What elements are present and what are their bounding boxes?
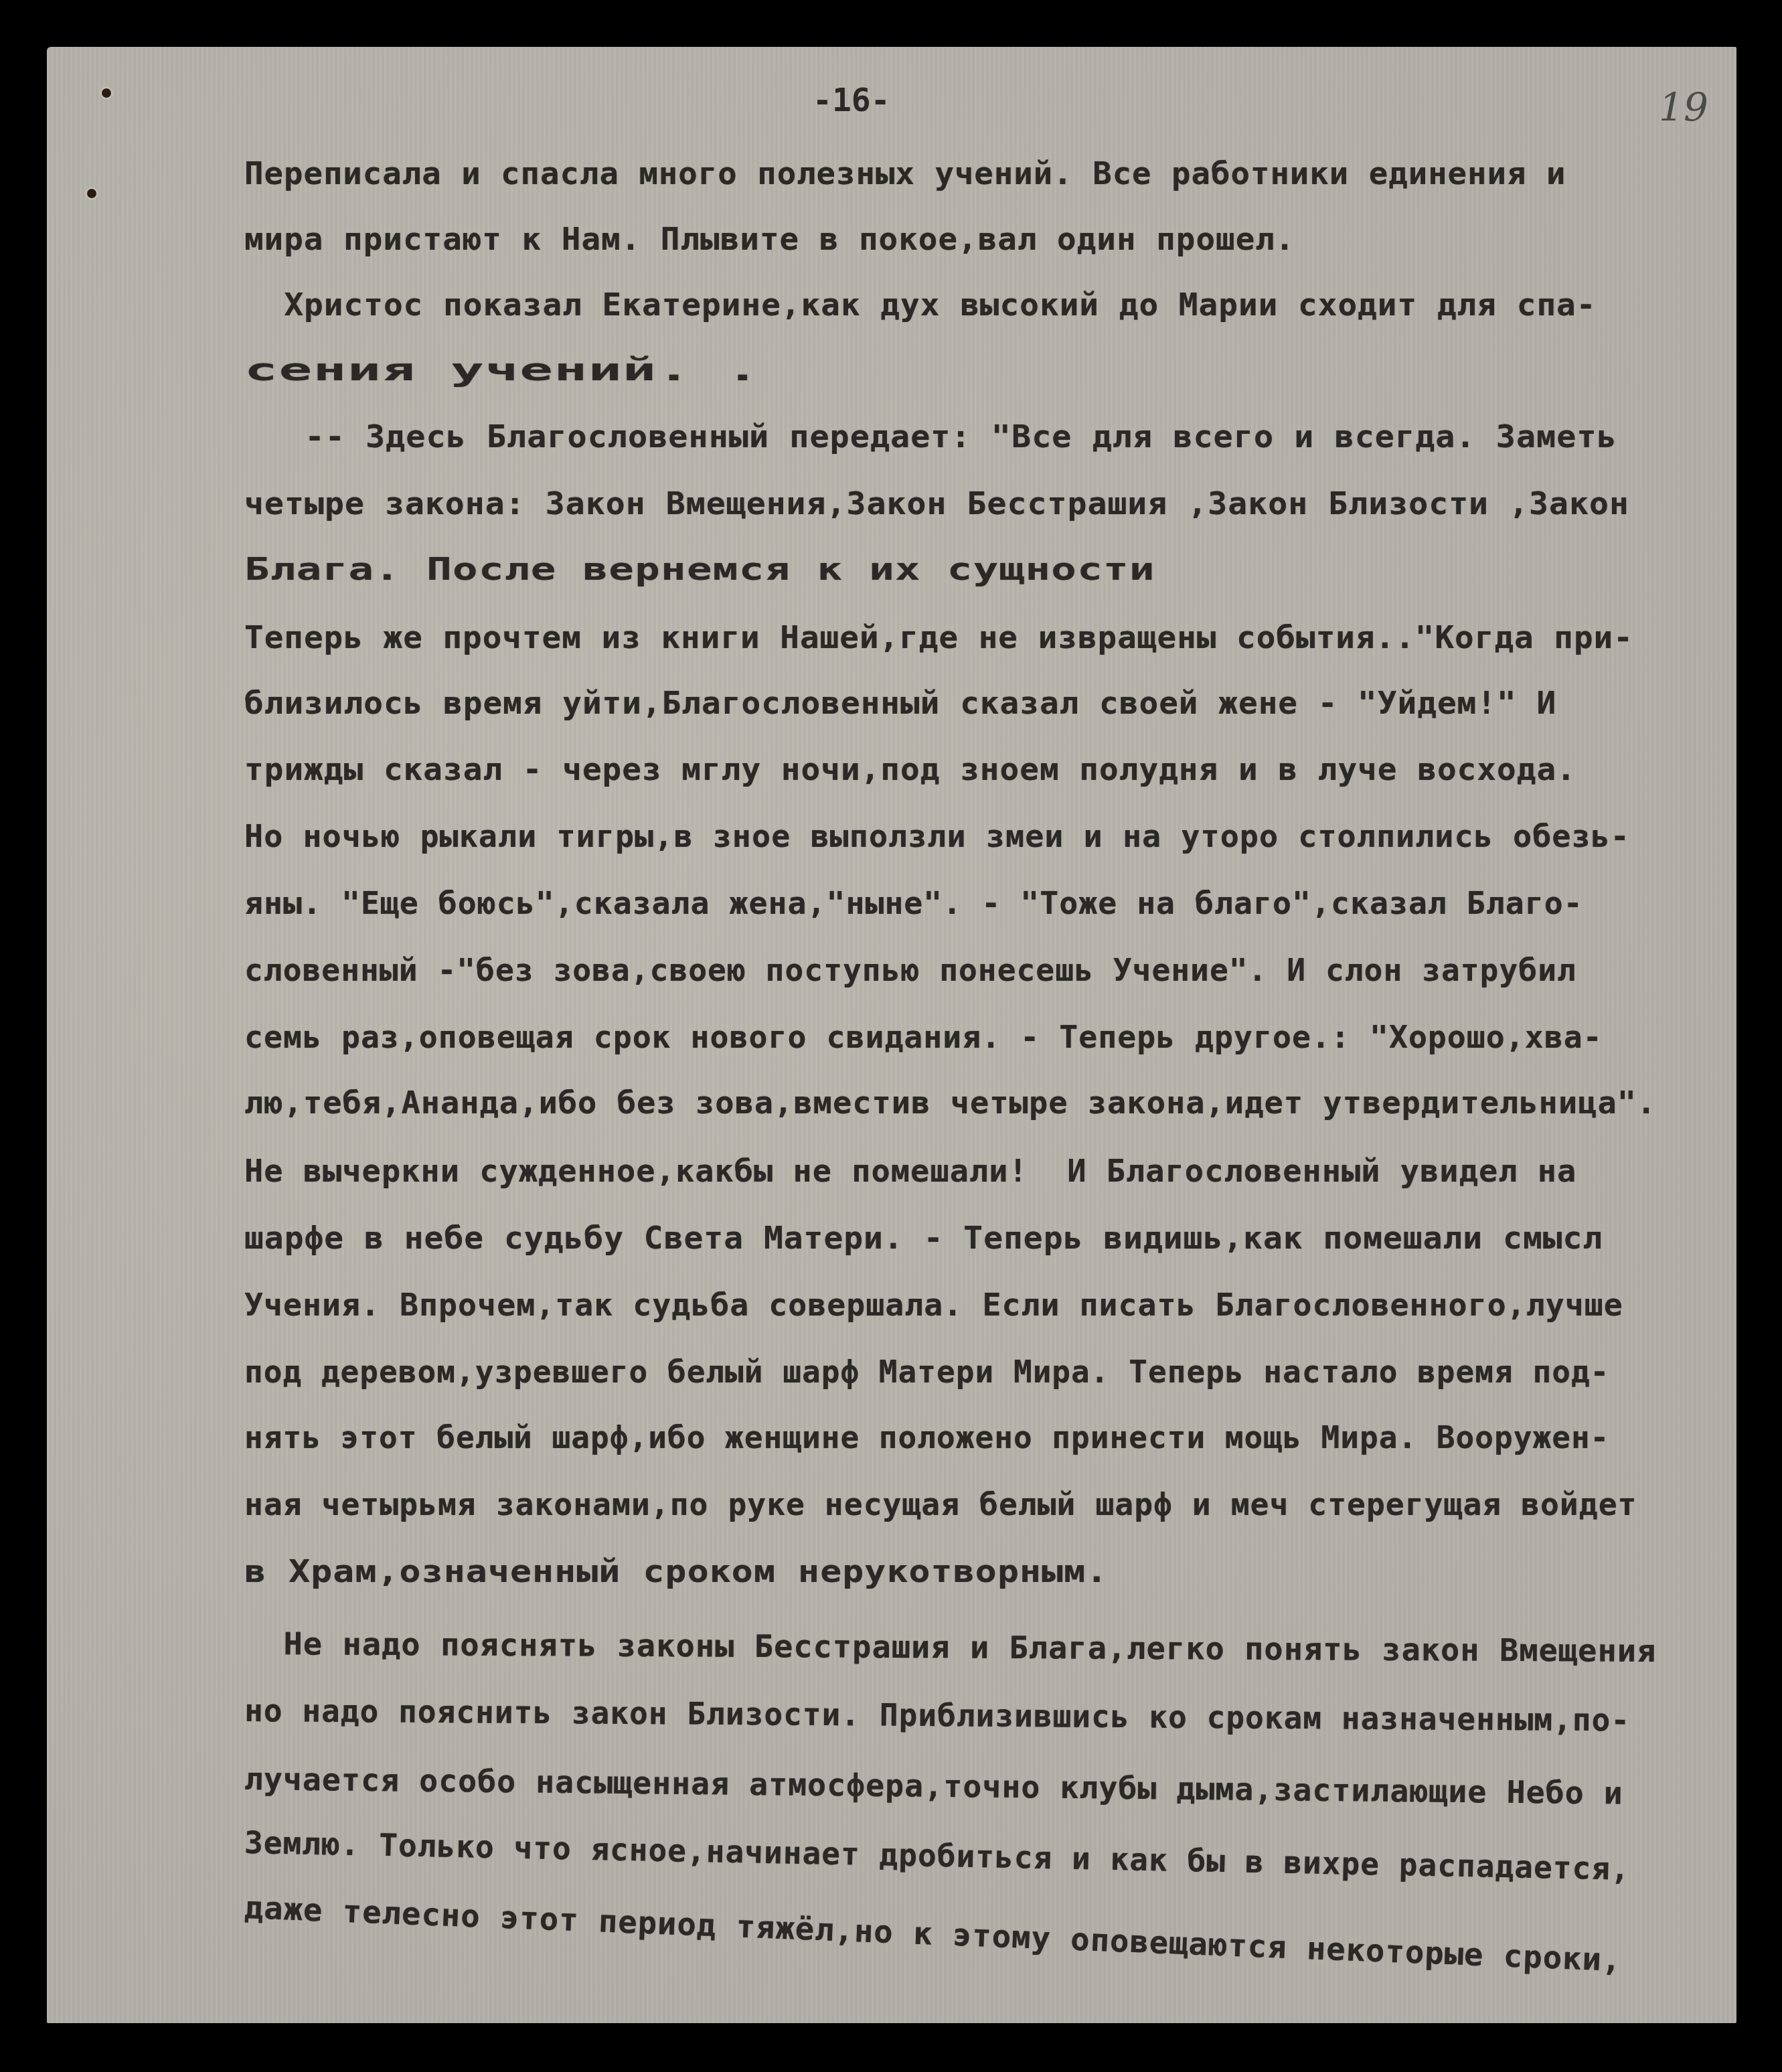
text-line: Блага. После вернемся к их сущности [244,551,1155,587]
text-line: в Храм,означенный сроком нерукотворным. [244,1553,1108,1589]
text-line: Переписала и спасла много полезных учени… [244,155,1566,191]
text-line: яны. "Еще боюсь",сказала жена,"ныне". - … [244,885,1583,921]
text-line: семь раз,оповещая срок нового свидания. … [244,1019,1603,1055]
text-line: сения учений. . [244,351,760,388]
text-line: трижды сказал - через мглу ночи,под зное… [244,751,1576,787]
text-line: Не вычеркни сужденное,какбы не помешали!… [244,1153,1576,1189]
archive-page-number: 19 [1659,84,1708,130]
text-line: Не надо пояснять законы Бесстрашия и Бла… [244,1625,1657,1669]
page-number: -16- [813,82,890,119]
text-line: -- Здесь Благословенный передает: "Все д… [244,418,1617,455]
text-line: шарфе в небе судьбу Света Матери. - Тепе… [244,1220,1603,1256]
text-line: Учения. Впрочем,так судьба совершала. Ес… [244,1287,1623,1323]
text-line: четыре закона: Закон Вмещения,Закон Бесс… [244,485,1629,522]
text-line: Но ночью рыкали тигры,в зное выползли зм… [244,818,1630,854]
text-line: ная четырьмя законами,по руке несущая бе… [244,1486,1637,1522]
text-line: нять этот белый шарф,ибо женщине положен… [244,1419,1609,1455]
text-line: близилось время уйти,Благословенный сказ… [244,685,1556,721]
text-line: Христос показал Екатерине,как дух высоки… [244,287,1597,323]
text-line: лю,тебя,Ананда,ибо без зова,вместив четы… [244,1085,1656,1121]
text-line: Теперь же прочтем из книги Нашей,где не … [244,619,1633,655]
text-line: мира пристают к Нам. Плывите в покое,вал… [244,221,1295,257]
text-line: словенный -"без зова,своею поступью поне… [244,952,1576,988]
punch-hole-mark [87,189,96,198]
punch-hole-mark [102,88,111,98]
text-line: под деревом,узревшего белый шарф Матери … [244,1354,1609,1390]
